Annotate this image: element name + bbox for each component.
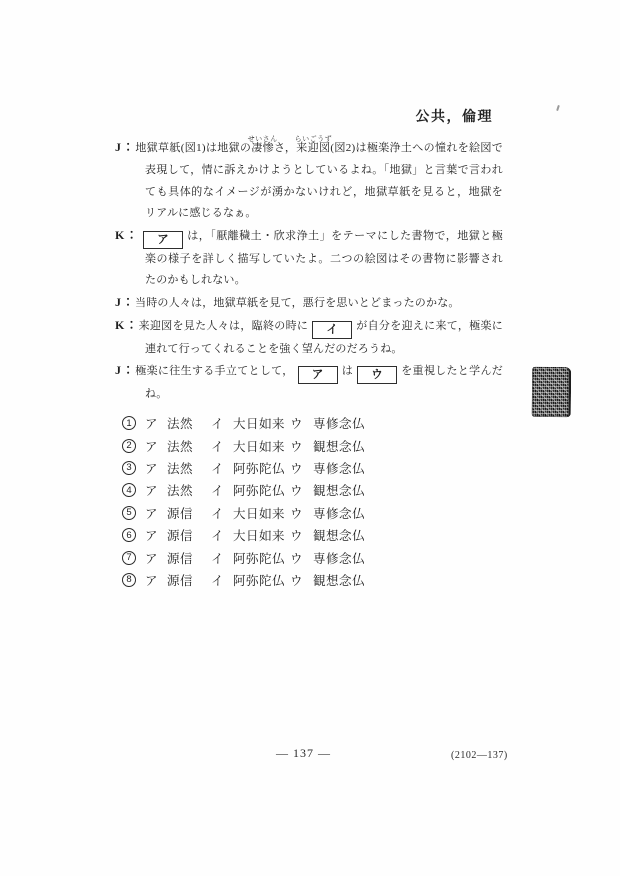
speaker-label: J： <box>115 295 135 309</box>
option-value: 阿弥陀仏 <box>233 571 290 589</box>
ink-speck-artifact <box>556 105 560 111</box>
circled-number: 4 <box>122 483 136 497</box>
ruby-base: 来迎図らいごうず <box>296 142 330 154</box>
dialogue: J：地獄草紙(図1)は地獄の凄惨せいさんさ，来迎図らいごうず(図2)は極楽浄土へ… <box>115 137 503 406</box>
option-label: ウ <box>290 481 313 499</box>
option-label: ウ <box>290 504 313 522</box>
circled-number: 1 <box>122 416 136 430</box>
footer-page-number: — 137 — <box>276 746 331 761</box>
option-value: 源信 <box>167 549 211 567</box>
option-value: 法然 <box>167 481 211 499</box>
option-value: 大日如来 <box>233 504 290 522</box>
option-row: 3ア法然イ阿弥陀仏ウ専修念仏 <box>122 457 365 479</box>
option-value: 阿弥陀仏 <box>233 459 290 477</box>
dialogue-utterance: J：地獄草紙(図1)は地獄の凄惨せいさんさ，来迎図らいごうず(図2)は極楽浄土へ… <box>115 137 503 225</box>
option-label: イ <box>211 414 233 432</box>
option-value: 観想念仏 <box>313 481 365 499</box>
speaker-label: K： <box>115 228 139 242</box>
circled-number: 3 <box>122 461 136 475</box>
option-label: ウ <box>290 571 313 589</box>
speaker-label: K： <box>115 318 139 332</box>
dialogue-text: 極楽に往生する手立てとして， <box>135 365 293 377</box>
dialogue-utterance: K：アは，「厭離穢土・欣求浄土」をテーマにした書物で，地獄と極楽の様子を詳しく描… <box>115 225 503 292</box>
answer-blank-box: ア <box>143 231 183 249</box>
option-value: 専修念仏 <box>313 504 365 522</box>
option-value: 大日如来 <box>233 414 290 432</box>
option-value: 観想念仏 <box>313 526 365 544</box>
option-label: ウ <box>290 437 313 455</box>
option-label: ア <box>145 526 167 544</box>
dialogue-text: 地獄草紙(図1)は地獄の <box>135 142 251 154</box>
dialogue-text: さ， <box>274 142 296 154</box>
circled-number: 6 <box>122 528 136 542</box>
scan-artifact <box>532 367 571 417</box>
option-row: 1ア法然イ大日如来ウ専修念仏 <box>122 412 365 434</box>
option-label: イ <box>211 549 233 567</box>
option-row: 8ア源信イ阿弥陀仏ウ観想念仏 <box>122 569 365 591</box>
option-label: ア <box>145 504 167 522</box>
option-value: 大日如来 <box>233 437 290 455</box>
speaker-label: J： <box>115 140 135 154</box>
option-value: 観想念仏 <box>313 571 365 589</box>
option-row: 5ア源信イ大日如来ウ専修念仏 <box>122 502 365 524</box>
answer-blank-box: ウ <box>357 366 397 384</box>
option-label: ア <box>145 414 167 432</box>
option-label: ウ <box>290 526 313 544</box>
answer-blank-box: ア <box>298 366 338 384</box>
option-label: ウ <box>290 414 313 432</box>
option-label: ウ <box>290 459 313 477</box>
dialogue-utterance: J：当時の人々は，地獄草紙を見て，悪行を思いとどまったのかな。 <box>115 292 503 315</box>
option-label: ア <box>145 437 167 455</box>
footer-code: (2102—137) <box>451 750 508 761</box>
dialogue-text: 来迎図を見た人々は，臨終の時に <box>139 320 309 332</box>
dialogue-utterance: K：来迎図を見た人々は，臨終の時にイが自分を迎えに来て，極楽に連れて行ってくれる… <box>115 315 503 360</box>
ruby-base: 凄惨せいさん <box>251 142 274 154</box>
option-value: 法然 <box>167 414 211 432</box>
exam-page: 公共，倫理 J：地獄草紙(図1)は地獄の凄惨せいさんさ，来迎図らいごうず(図2)… <box>0 0 620 876</box>
option-label: ア <box>145 549 167 567</box>
option-label: イ <box>211 526 233 544</box>
option-value: 専修念仏 <box>313 459 365 477</box>
speaker-label: J： <box>115 363 135 377</box>
option-row: 4ア法然イ阿弥陀仏ウ観想念仏 <box>122 479 365 501</box>
option-value: 観想念仏 <box>313 437 365 455</box>
page-title: 公共，倫理 <box>416 106 494 126</box>
option-label: ア <box>145 481 167 499</box>
option-value: 源信 <box>167 571 211 589</box>
option-value: 源信 <box>167 526 211 544</box>
dialogue-text: は，「厭離穢土・欣求浄土」をテーマにした書物で，地獄と極楽の様子を詳しく描写して… <box>145 230 503 286</box>
dialogue-utterance: J：極楽に往生する手立てとして，アはウを重視したと学んだね。 <box>115 360 503 405</box>
option-row: 2ア法然イ大日如来ウ観想念仏 <box>122 434 365 456</box>
option-value: 法然 <box>167 437 211 455</box>
option-value: 阿弥陀仏 <box>233 549 290 567</box>
answer-blank-box: イ <box>312 321 352 339</box>
option-value: 法然 <box>167 459 211 477</box>
option-value: 専修念仏 <box>313 549 365 567</box>
option-label: ウ <box>290 549 313 567</box>
option-label: イ <box>211 459 233 477</box>
option-value: 専修念仏 <box>313 414 365 432</box>
furigana: せいさん <box>248 136 278 143</box>
circled-number: 7 <box>122 551 136 565</box>
option-value: 阿弥陀仏 <box>233 481 290 499</box>
option-value: 源信 <box>167 504 211 522</box>
option-label: イ <box>211 571 233 589</box>
option-label: ア <box>145 571 167 589</box>
option-label: イ <box>211 437 233 455</box>
circled-number: 8 <box>122 573 136 587</box>
option-row: 6ア源信イ大日如来ウ観想念仏 <box>122 524 365 546</box>
option-row: 7ア源信イ阿弥陀仏ウ専修念仏 <box>122 546 365 568</box>
circled-number: 5 <box>122 506 136 520</box>
option-value: 大日如来 <box>233 526 290 544</box>
dialogue-text: は <box>342 365 353 377</box>
circled-number: 2 <box>122 439 136 453</box>
option-label: ア <box>145 459 167 477</box>
option-label: イ <box>211 504 233 522</box>
option-label: イ <box>211 481 233 499</box>
furigana: らいごうず <box>295 136 333 143</box>
dialogue-text: 当時の人々は，地獄草紙を見て，悪行を思いとどまったのかな。 <box>135 297 460 309</box>
options-list: 1ア法然イ大日如来ウ専修念仏2ア法然イ大日如来ウ観想念仏3ア法然イ阿弥陀仏ウ専修… <box>122 412 365 591</box>
